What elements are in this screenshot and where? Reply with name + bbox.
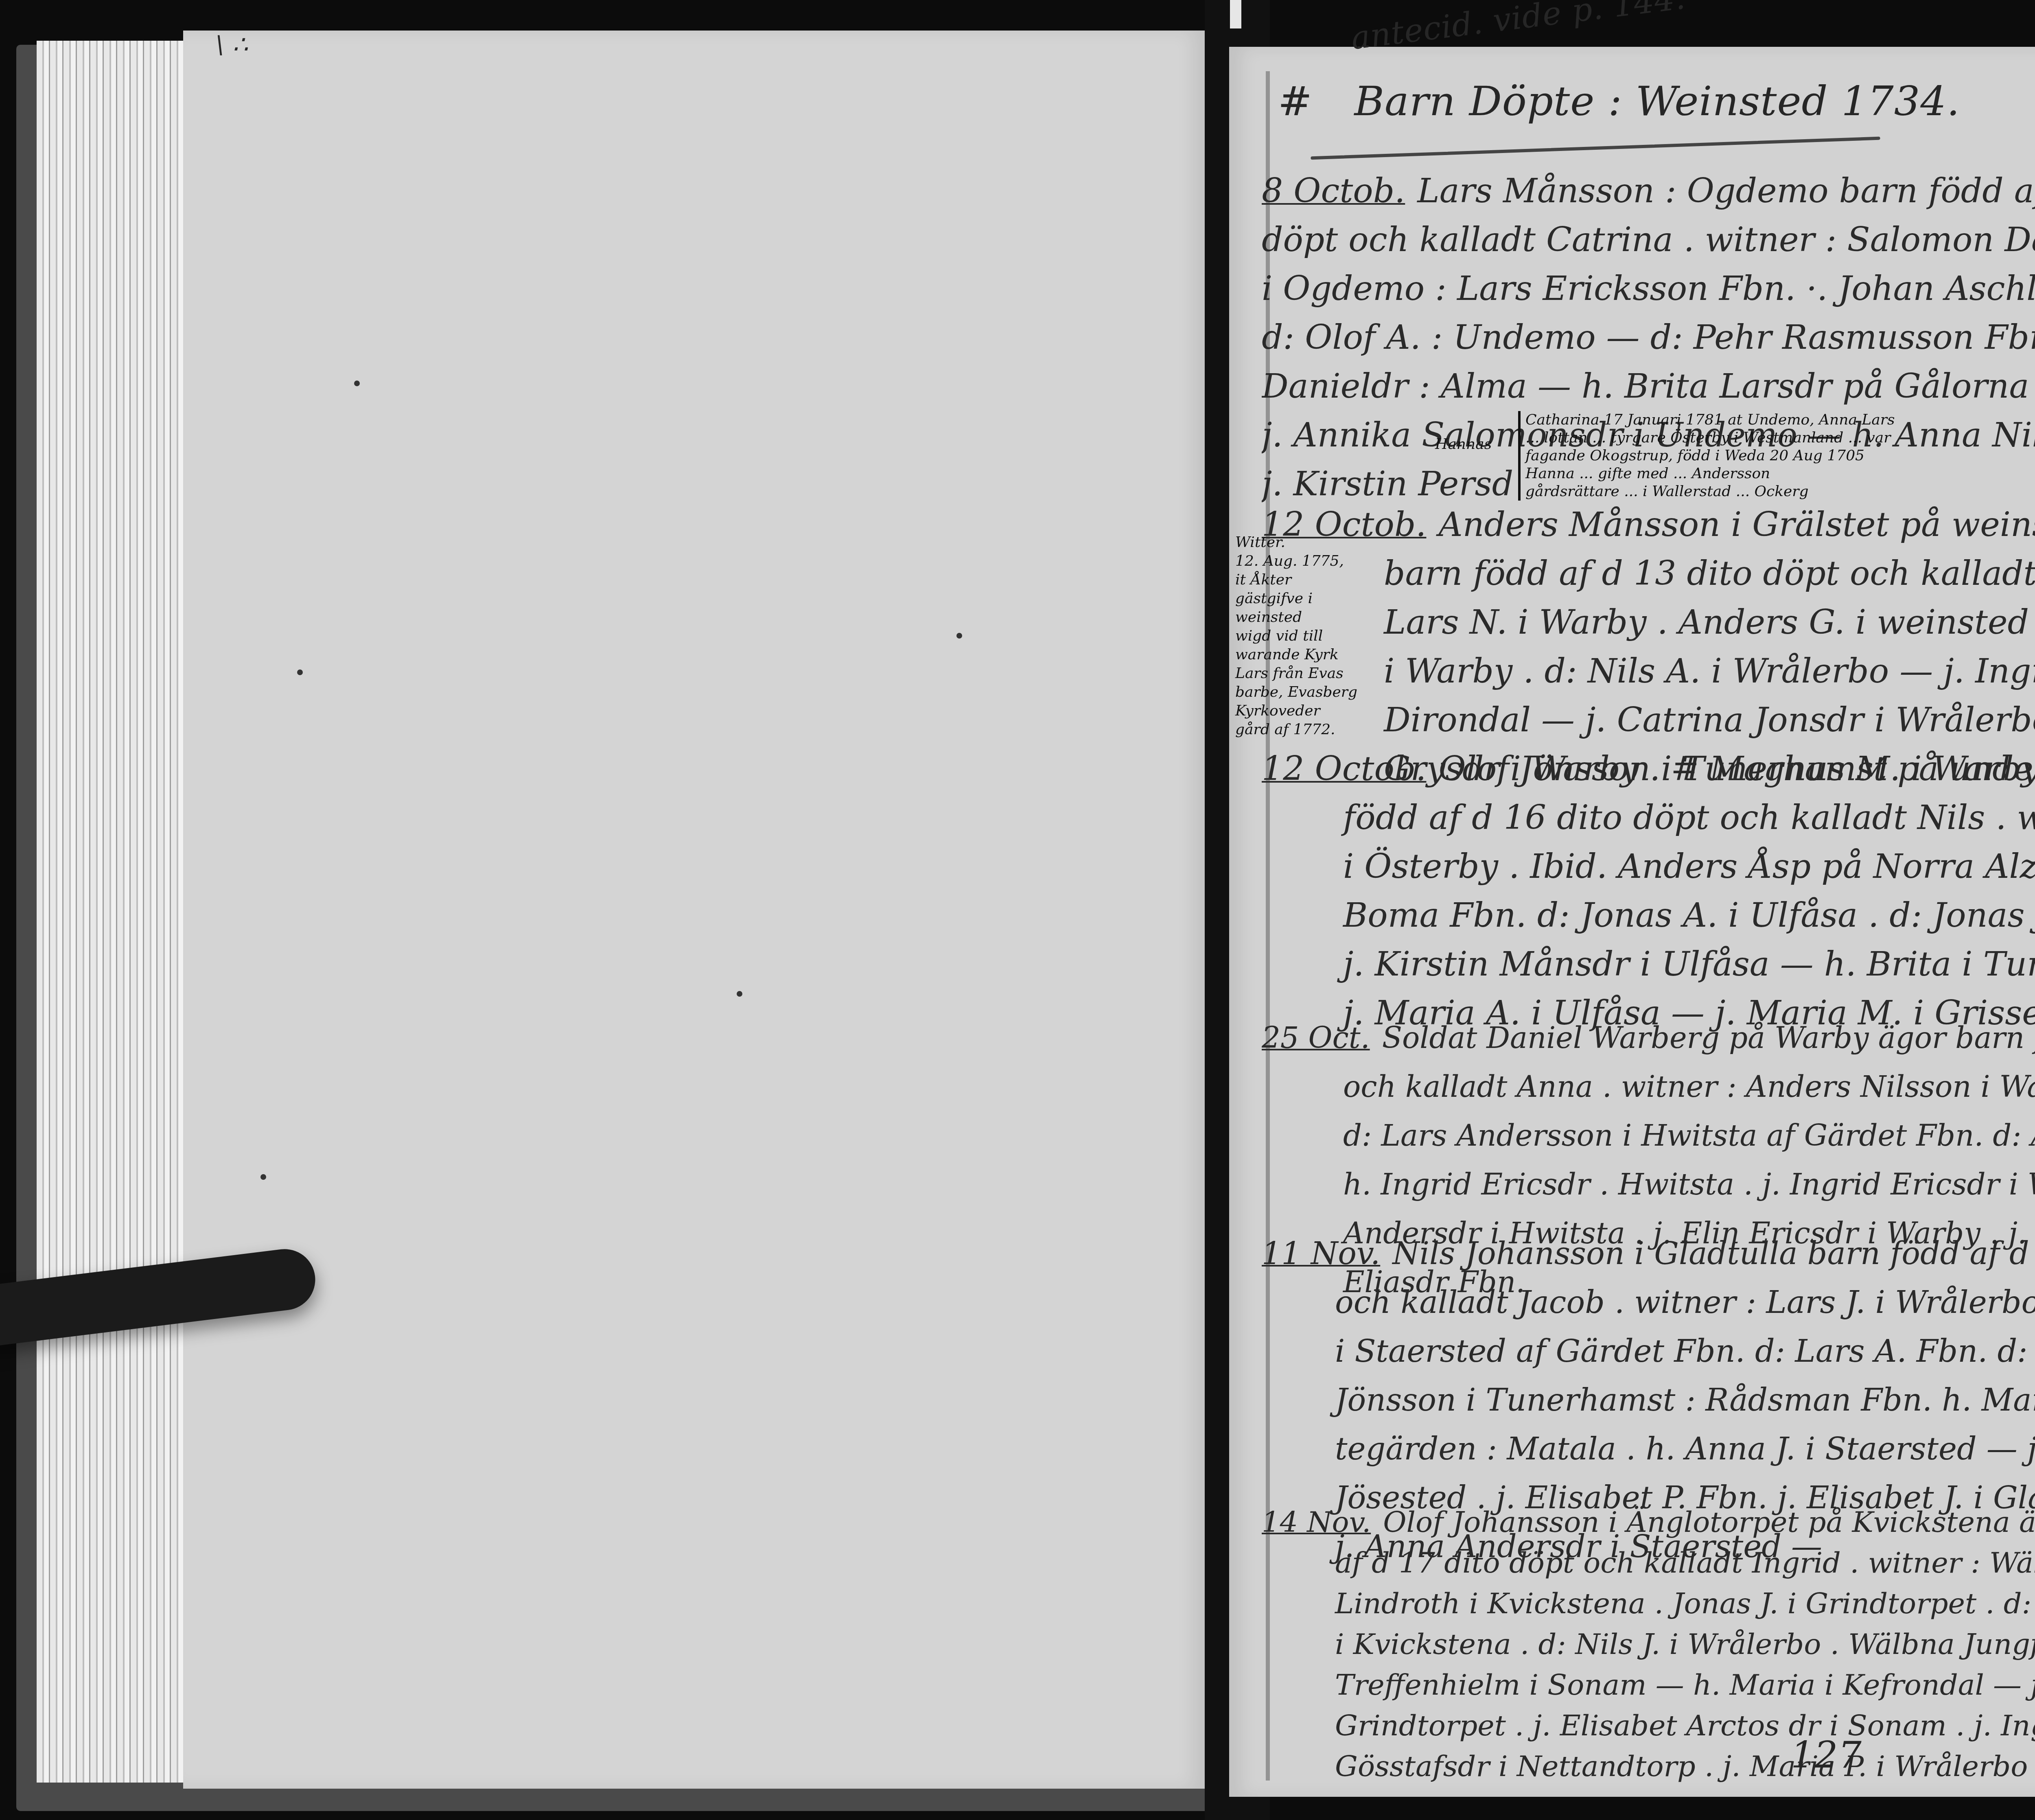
annotation-line: wigd vid till (1235, 627, 1341, 645)
entry-line: i Staersted af Gärdet Fbn. d: Lars A. Fb… (1262, 1327, 2035, 1376)
annotation-line: it Åkter (1235, 571, 1341, 589)
entry-line: Olof Jönsson i Tunerhamst på undemo ägor… (1438, 750, 2035, 788)
entry-line: i Warby . d: Nils A. i Wrålerbo — j. Ing… (1262, 647, 2035, 696)
annotation-line: weinsted (1235, 608, 1341, 627)
entry-line: i Österby . Ibid. Anders Åsp på Norra Al… (1262, 842, 2035, 891)
annotation-line: Catharina 17 Januari 1781 at Undemo, Ann… (1525, 411, 2035, 429)
marginal-annotation-right: Hannas Catharina 17 Januari 1781 at Unde… (1518, 411, 2035, 501)
entry-line: af d 17 dito döpt och kalladt Ingrid . w… (1262, 1542, 2035, 1583)
entry-line: Nils Johansson i Gladtulla barn född af … (1392, 1235, 2035, 1271)
entry-date: 14 Nov. (1262, 1505, 1371, 1539)
entry-line: döpt och kalladt Catrina . witner : Salo… (1262, 216, 2035, 265)
baptism-entry: 12 Octob.Olof Jönsson i Tunerhamst på un… (1262, 745, 2035, 1038)
entry-line: i Ogdemo : Lars Ericksson Fbn. ·. Johan … (1262, 265, 2035, 313)
annotation-line: gårdsrättare ... i Wallerstad ... Ockerg (1525, 483, 2035, 501)
entry-line: Anders Månsson i Grälstet på weinsted äg… (1438, 505, 2035, 544)
entry-line: och kalladt Anna . witner : Anders Nilss… (1262, 1062, 2035, 1111)
entry-line: h. Ingrid Ericsdr . Hwitsta . j. Ingrid … (1262, 1160, 2035, 1209)
heading-text: Barn Döpte : Weinsted 1734. (1354, 77, 1960, 125)
entry-line: Jönsson i Tunerhamst : Rådsman Fbn. h. M… (1262, 1376, 2035, 1424)
entry-line: barn född af d 13 dito döpt och kalladt … (1262, 549, 2035, 598)
annotation-line: Witter. (1235, 533, 1341, 552)
annotation-tag: Hannas (1435, 435, 1492, 453)
annotation-line: ... lottan ... tyrgare Österby i Westman… (1525, 429, 2035, 447)
entry-line: Lindroth i Kvickstena . Jonas J. i Grind… (1262, 1583, 2035, 1624)
entry-line: Lars N. i Warby . Anders G. i weinsted —… (1262, 598, 2035, 647)
spine-strip (1230, 0, 1241, 28)
entry-line: Grindtorpet . j. Elisabet Arctos dr i So… (1262, 1705, 2035, 1746)
left-page-top-marks: \ ∴ (216, 31, 248, 59)
ink-spot (956, 633, 962, 639)
entry-date: 11 Nov. (1262, 1235, 1380, 1271)
entry-line: d: Lars Andersson i Hwitsta af Gärdet Fb… (1262, 1111, 2035, 1160)
annotation-line: 12. Aug. 1775, (1235, 552, 1341, 571)
baptism-entry: 14 Nov.Olof Johansson i Änglotorpet på K… (1262, 1502, 2035, 1787)
annotation-line: warande Kyrk (1235, 645, 1341, 664)
entry-line: född af d 16 dito döpt och kalladt Nils … (1262, 794, 2035, 842)
open-register-book: \ ∴ antecid. vide p. 144. 159 # Barn Döp… (0, 0, 2035, 1820)
entry-line: och kalladt Jacob . witner : Lars J. i W… (1262, 1278, 2035, 1327)
ink-spot (260, 1174, 266, 1180)
hash-marker-icon: # (1278, 77, 1313, 125)
ink-spot (297, 669, 303, 675)
entry-line: Olof Johansson i Änglotorpet på Kvickste… (1383, 1505, 2035, 1539)
entry-line: tegärden : Matala . h. Anna J. i Staerst… (1262, 1424, 2035, 1473)
ink-spot (354, 381, 360, 386)
marginal-annotation-left: Witter. 12. Aug. 1775, it Åkter gästgifv… (1235, 533, 1341, 739)
footer-mark: 127 (1791, 1734, 1862, 1776)
annotation-line: Lars från Evas (1235, 664, 1341, 683)
annotation-line: fagande Okogstrup, född i Weda 20 Aug 17… (1525, 447, 2035, 465)
annotation-line: gård af 1772. (1235, 720, 1341, 739)
page-stack-edge (37, 41, 199, 1783)
entry-date: 25 Oct. (1262, 1021, 1370, 1055)
left-page-blank: \ ∴ (183, 31, 1205, 1789)
entry-line: d: Olof A. : Undemo — d: Pehr Rasmusson … (1262, 313, 2035, 362)
annotation-line: Kyrkoveder (1235, 702, 1341, 720)
annotation-line: Hanna ... gifte med ... Andersson (1525, 465, 2035, 483)
entry-line: i Kvickstena . d: Nils J. i Wrålerbo . W… (1262, 1624, 2035, 1665)
ink-spot (737, 991, 742, 997)
entry-line: Boma Fbn. d: Jonas A. i Ulfåsa . d: Jona… (1262, 891, 2035, 940)
entry-line: Danieldr : Alma — h. Brita Larsdr på Gål… (1262, 362, 2035, 411)
entry-line: Gösstafsdr i Nettandtorp . j. Maria P. i… (1262, 1746, 2035, 1787)
entry-line: j. Kirstin Månsdr i Ulfåsa — h. Brita i … (1262, 940, 2035, 989)
annotation-line: gästgifve i (1235, 589, 1341, 608)
entry-line: Soldat Daniel Warberg på Warby ägor barn… (1382, 1021, 2035, 1055)
entry-date: 12 Octob. (1262, 750, 1426, 788)
entry-date: 8 Octob. (1262, 172, 1405, 210)
entry-line: Dirondal — j. Catrina Jonsdr i Wrålerbo … (1262, 696, 2035, 745)
page-heading: # Barn Döpte : Weinsted 1734. (1278, 77, 1960, 125)
entry-line: Treffenhielm i Sonam — h. Maria i Kefron… (1262, 1665, 2035, 1705)
annotation-line: barbe, Evasberg (1235, 683, 1341, 702)
entry-line: Lars Månsson : Ogdemo barn född af d 13 … (1417, 172, 2035, 210)
